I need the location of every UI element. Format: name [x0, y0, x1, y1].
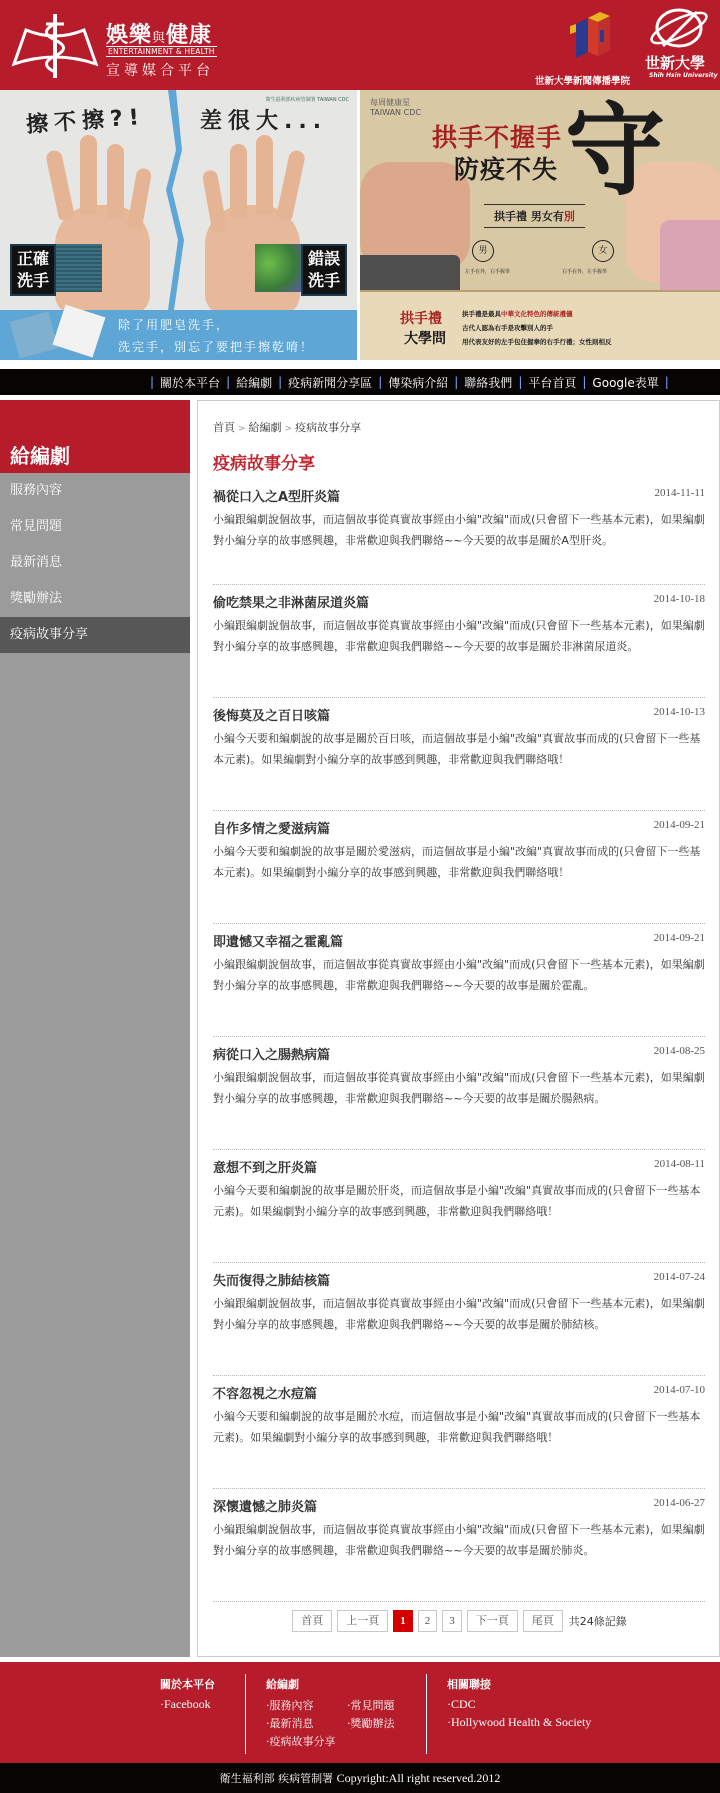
article-title[interactable]: 病從口入之腸熱病篇	[213, 1044, 330, 1063]
banner-title-big-char: 守	[565, 100, 665, 200]
site-subtitle: 宣導媒合平台	[106, 60, 214, 80]
sidebar-item-rewards[interactable]: 獎勵辦法	[0, 581, 190, 617]
banner-bow-greeting[interactable]: 每周健康星 TAIWAN CDC 拱手不握手 防疫不失 守 拱手禮 男女有別 男…	[360, 90, 720, 360]
article-title[interactable]: 自作多情之愛滋病篇	[213, 818, 330, 837]
cdc-mark: 衛生福利部疾病管制署 TAIWAN CDC	[266, 96, 349, 103]
article-summary: 小編跟編劇說個故事，而這個故事從真實故事經由小編"改編"而成(只會留下一些基本元…	[213, 509, 705, 551]
site-logo[interactable]: 娛樂與健康 ENTERTAINMENT & HEALTH 宣導媒合平台	[10, 10, 210, 80]
banner-title-line2: 防疫不失	[454, 150, 558, 186]
footer-link-services[interactable]: ·服務內容	[266, 1697, 314, 1713]
breadcrumb-separator: >	[285, 424, 293, 434]
article-item: 即遺憾又幸福之霍亂篇 2014-09-21 小編跟編劇說個故事，而這個故事從真實…	[213, 924, 705, 1037]
footer-heading: 相關聯接	[447, 1676, 491, 1692]
footer-heading: 給編劇	[266, 1676, 299, 1692]
article-title[interactable]: 禍從口入之A型肝炎篇	[213, 486, 340, 505]
banner-handwashing[interactable]: 衛生福利部疾病管制署 TAIWAN CDC 擦不擦?! 差很大... 正確洗手 …	[0, 90, 357, 360]
sidebar-item-faq[interactable]: 常見問題	[0, 509, 190, 545]
article-date: 2014-10-18	[654, 593, 705, 605]
school-name: 世新大學新聞傳播學院	[535, 73, 630, 87]
article-item: 病從口入之腸熱病篇 2014-08-25 小編跟編劇說個故事，而這個故事從真實故…	[213, 1037, 705, 1150]
finger	[107, 144, 124, 218]
footer-link-faq[interactable]: ·常見問題	[347, 1697, 395, 1713]
sidebar-item-news[interactable]: 最新消息	[0, 545, 190, 581]
article-title[interactable]: 意想不到之肝炎篇	[213, 1157, 317, 1176]
sidebar-item-epidemic-stories[interactable]: 疫病故事分享	[0, 617, 190, 653]
top-nav: | 關於本平台| 給編劇| 疫病新聞分享區| 傳染病介紹| 聯絡我們| 平台首頁…	[0, 369, 720, 395]
copyright-agency: 衛生福利部 疾病管制署	[220, 1772, 334, 1785]
nav-separator: |	[665, 375, 669, 389]
nav-separator: |	[582, 375, 586, 389]
finger	[276, 149, 306, 221]
copyright-bar: 衛生福利部 疾病管制署 Copyright:All right reserved…	[0, 1763, 720, 1793]
nav-item-home[interactable]: 平台首頁|	[528, 374, 592, 391]
site-title: 娛樂與健康	[106, 18, 212, 49]
article-title[interactable]: 失而復得之肺結核篇	[213, 1270, 330, 1289]
breadcrumb-separator: >	[238, 424, 246, 434]
university-logo[interactable]: 世新大學 Shih Hsin University	[643, 6, 715, 84]
article-date: 2014-09-21	[654, 932, 705, 944]
article-item: 深懷遺憾之肺炎篇 2014-06-27 小編跟編劇說個故事，而這個故事從真實故事…	[213, 1489, 705, 1602]
towel-blue	[10, 311, 58, 358]
scroll-title-2: 大學問	[404, 328, 446, 348]
footer-link-rewards[interactable]: ·獎勵辦法	[347, 1715, 395, 1731]
article-list: 禍從口入之A型肝炎篇 2014-11-11 小編跟編劇說個故事，而這個故事從真實…	[213, 479, 705, 1602]
breadcrumb-screenwriters[interactable]: 給編劇	[249, 421, 282, 434]
sidebar-title: 給編劇	[10, 440, 70, 469]
breadcrumb: 首頁>給編劇>疫病故事分享	[213, 419, 361, 435]
nav-separator: |	[226, 375, 230, 389]
scroll-text: 拱手禮是最具中華文化特色的傳統禮儀 古代人認為右手是攻擊別人的手 用代表友好的左…	[462, 307, 612, 349]
nav-item-screenwriters[interactable]: 給編劇|	[236, 374, 288, 391]
article-date: 2014-07-10	[654, 1384, 705, 1396]
sidebar: 給編劇 服務內容 常見問題 最新消息 獎勵辦法 疫病故事分享	[0, 400, 190, 1657]
towel-white	[53, 305, 106, 358]
article-item: 自作多情之愛滋病篇 2014-09-21 小編今天要和編劇說的故事是關於愛滋病，…	[213, 811, 705, 924]
article-item: 偷吃禁果之非淋菌尿道炎篇 2014-10-18 小編跟編劇說個故事，而這個故事從…	[213, 585, 705, 698]
scroll-title-1: 拱手禮	[400, 308, 442, 328]
pager-prev-button[interactable]: 上一頁	[337, 1610, 388, 1632]
site-title-en: ENTERTAINMENT & HEALTH	[106, 46, 217, 57]
page-title: 疫病故事分享	[213, 449, 315, 474]
article-date: 2014-08-11	[654, 1158, 705, 1170]
nav-item-google-form[interactable]: Google表單|	[592, 374, 674, 391]
footer-link-news[interactable]: ·最新消息	[266, 1715, 314, 1731]
article-date: 2014-10-13	[654, 706, 705, 718]
banner-footer-strip: 除了用肥皂洗手， 洗完手，別忘了要把手擦乾唷！	[0, 310, 357, 360]
male-sleeve	[360, 255, 460, 295]
main-content: 首頁>給編劇>疫病故事分享 疫病故事分享 禍從口入之A型肝炎篇 2014-11-…	[197, 400, 720, 1657]
article-title[interactable]: 後悔莫及之百日咳篇	[213, 705, 330, 724]
germ-swatch	[255, 244, 301, 292]
site-header: 娛樂與健康 ENTERTAINMENT & HEALTH 宣導媒合平台 世新大學…	[0, 0, 720, 90]
caduceus-book-icon	[10, 10, 100, 80]
footer-link-facebook[interactable]: ·Facebook	[160, 1697, 211, 1712]
article-date: 2014-09-21	[654, 819, 705, 831]
lightning-divider-icon	[160, 90, 190, 310]
nav-separator: |	[278, 375, 282, 389]
article-item: 後悔莫及之百日咳篇 2014-10-13 小編今天要和編劇說的故事是關於百日咳，…	[213, 698, 705, 811]
female-caption: 右手在外，左手握拳	[562, 268, 607, 275]
globe-pen-icon	[643, 6, 715, 52]
article-item: 禍從口入之A型肝炎篇 2014-11-11 小編跟編劇說個故事，而這個故事從真實…	[213, 479, 705, 585]
article-date: 2014-06-27	[654, 1497, 705, 1509]
finger	[45, 149, 75, 221]
footer-link-hollywood-health-society[interactable]: ·Hollywood Health & Society	[447, 1715, 591, 1730]
finger	[256, 135, 273, 215]
article-summary: 小編跟編劇說個故事，而這個故事從真實故事經由小編"改編"而成(只會留下一些基本元…	[213, 1293, 705, 1335]
nav-item-contact[interactable]: 聯絡我們|	[464, 374, 528, 391]
banner-headline-left: 擦不擦?!	[25, 100, 146, 139]
article-summary: 小編跟編劇說個故事，而這個故事從真實故事經由小編"改編"而成(只會留下一些基本元…	[213, 1519, 705, 1561]
pager-page-3[interactable]: 3	[442, 1610, 462, 1632]
footer-heading: 關於本平台	[160, 1676, 215, 1692]
article-item: 失而復得之肺結核篇 2014-07-24 小編跟編劇說個故事，而這個故事從真實故…	[213, 1263, 705, 1376]
article-item: 意想不到之肝炎篇 2014-08-11 小編今天要和編劇說的故事是關於肝炎，而這…	[213, 1150, 705, 1263]
site-footer: 關於本平台 ·Facebook 給編劇 ·服務內容 ·常見問題 ·最新消息 ·獎…	[0, 1662, 720, 1763]
article-summary: 小編跟編劇說個故事，而這個故事從真實故事經由小編"改編"而成(只會留下一些基本元…	[213, 615, 705, 657]
copyright-text: Copyright:All right reserved.2012	[337, 1771, 501, 1785]
pager-first-button[interactable]: 首頁	[292, 1610, 332, 1632]
nav-separator: |	[378, 375, 382, 389]
nav-item-infectious-diseases[interactable]: 傳染病介紹|	[388, 374, 464, 391]
article-date: 2014-07-24	[654, 1271, 705, 1283]
male-symbol-icon: 男	[472, 240, 494, 262]
wrong-wash-tag: 錯誤洗手	[301, 244, 347, 296]
nav-item-about[interactable]: 關於本平台|	[160, 374, 236, 391]
banner-title-line1: 拱手不握手	[432, 118, 562, 154]
university-name-en: Shih Hsin University	[649, 72, 718, 79]
jc-blocks-icon	[570, 12, 610, 58]
female-sleeve	[660, 220, 720, 300]
female-symbol-icon: 女	[592, 240, 614, 262]
sidebar-item-services[interactable]: 服務內容	[0, 473, 190, 509]
pager-page-1[interactable]: 1	[393, 1610, 413, 1632]
university-name: 世新大學	[645, 52, 705, 73]
article-title[interactable]: 不容忽視之水痘篇	[213, 1383, 317, 1402]
correct-wash-tag: 正確洗手	[10, 244, 56, 296]
footer-link-cdc[interactable]: ·CDC	[447, 1697, 476, 1712]
article-date: 2014-08-25	[654, 1045, 705, 1057]
article-summary: 小編跟編劇說個故事，而這個故事從真實故事經由小編"改編"而成(只會留下一些基本元…	[213, 954, 705, 996]
article-summary: 小編今天要和編劇說的故事是關於愛滋病，而這個故事是小編"改編"真實故事而成的(只…	[213, 841, 705, 883]
clean-swatch	[56, 244, 102, 292]
article-date: 2014-11-11	[654, 487, 705, 499]
weekly-health-label: 每周健康星 TAIWAN CDC	[370, 98, 421, 118]
banner-headline-right: 差很大...	[200, 104, 327, 135]
banner-scroll: 拱手禮 大學問 拱手禮是最具中華文化特色的傳統禮儀 古代人認為右手是攻擊別人的手…	[360, 290, 720, 360]
pager-page-2[interactable]: 2	[418, 1610, 438, 1632]
article-title[interactable]: 即遺憾又幸福之霍亂篇	[213, 931, 343, 950]
breadcrumb-home[interactable]: 首頁	[213, 421, 235, 434]
article-summary: 小編今天要和編劇說的故事是關於百日咳，而這個故事是小編"改編"真實故事而成的(只…	[213, 728, 705, 770]
finger	[202, 169, 228, 233]
pager-total-records: 共24條記錄	[569, 1613, 627, 1629]
finger	[230, 144, 247, 218]
article-item: 不容忽視之水痘篇 2014-07-10 小編今天要和編劇說的故事是關於水痘，而這…	[213, 1376, 705, 1489]
school-logo[interactable]: 世新大學新聞傳播學院	[535, 10, 635, 82]
male-caption: 左手在外，右手握拳	[465, 268, 510, 275]
article-title[interactable]: 偷吃禁果之非淋菌尿道炎篇	[213, 592, 369, 611]
footer-divider	[245, 1674, 246, 1754]
article-summary: 小編今天要和編劇說的故事是關於肝炎，而這個故事是小編"改編"真實故事而成的(只會…	[213, 1180, 705, 1222]
pager-next-button[interactable]: 下一頁	[467, 1610, 518, 1632]
article-summary: 小編跟編劇說個故事，而這個故事從真實故事經由小編"改編"而成(只會留下一些基本元…	[213, 1067, 705, 1109]
nav-separator: |	[150, 375, 154, 389]
banner-footer-text: 除了用肥皂洗手， 洗完手，別忘了要把手擦乾唷！	[118, 314, 314, 358]
pagination: 首頁 上一頁 1 2 3 下一頁 尾頁 共24條記錄	[198, 1610, 720, 1632]
banner-subtitle: 拱手禮 男女有別	[484, 204, 585, 228]
article-summary: 小編今天要和編劇說的故事是關於水痘，而這個故事是小編"改編"真實故事而成的(只會…	[213, 1406, 705, 1448]
footer-divider	[426, 1674, 427, 1754]
nav-separator: |	[454, 375, 458, 389]
breadcrumb-current: 疫病故事分享	[295, 421, 361, 434]
footer-link-epidemic-stories[interactable]: ·疫病故事分享	[266, 1733, 336, 1749]
nav-separator: |	[518, 375, 522, 389]
pager-last-button[interactable]: 尾頁	[523, 1610, 563, 1632]
nav-item-epidemic-news[interactable]: 疫病新聞分享區|	[288, 374, 388, 391]
sidebar-header: 給編劇	[0, 400, 190, 473]
finger	[127, 167, 153, 231]
finger	[80, 135, 97, 215]
article-title[interactable]: 深懷遺憾之肺炎篇	[213, 1496, 317, 1515]
